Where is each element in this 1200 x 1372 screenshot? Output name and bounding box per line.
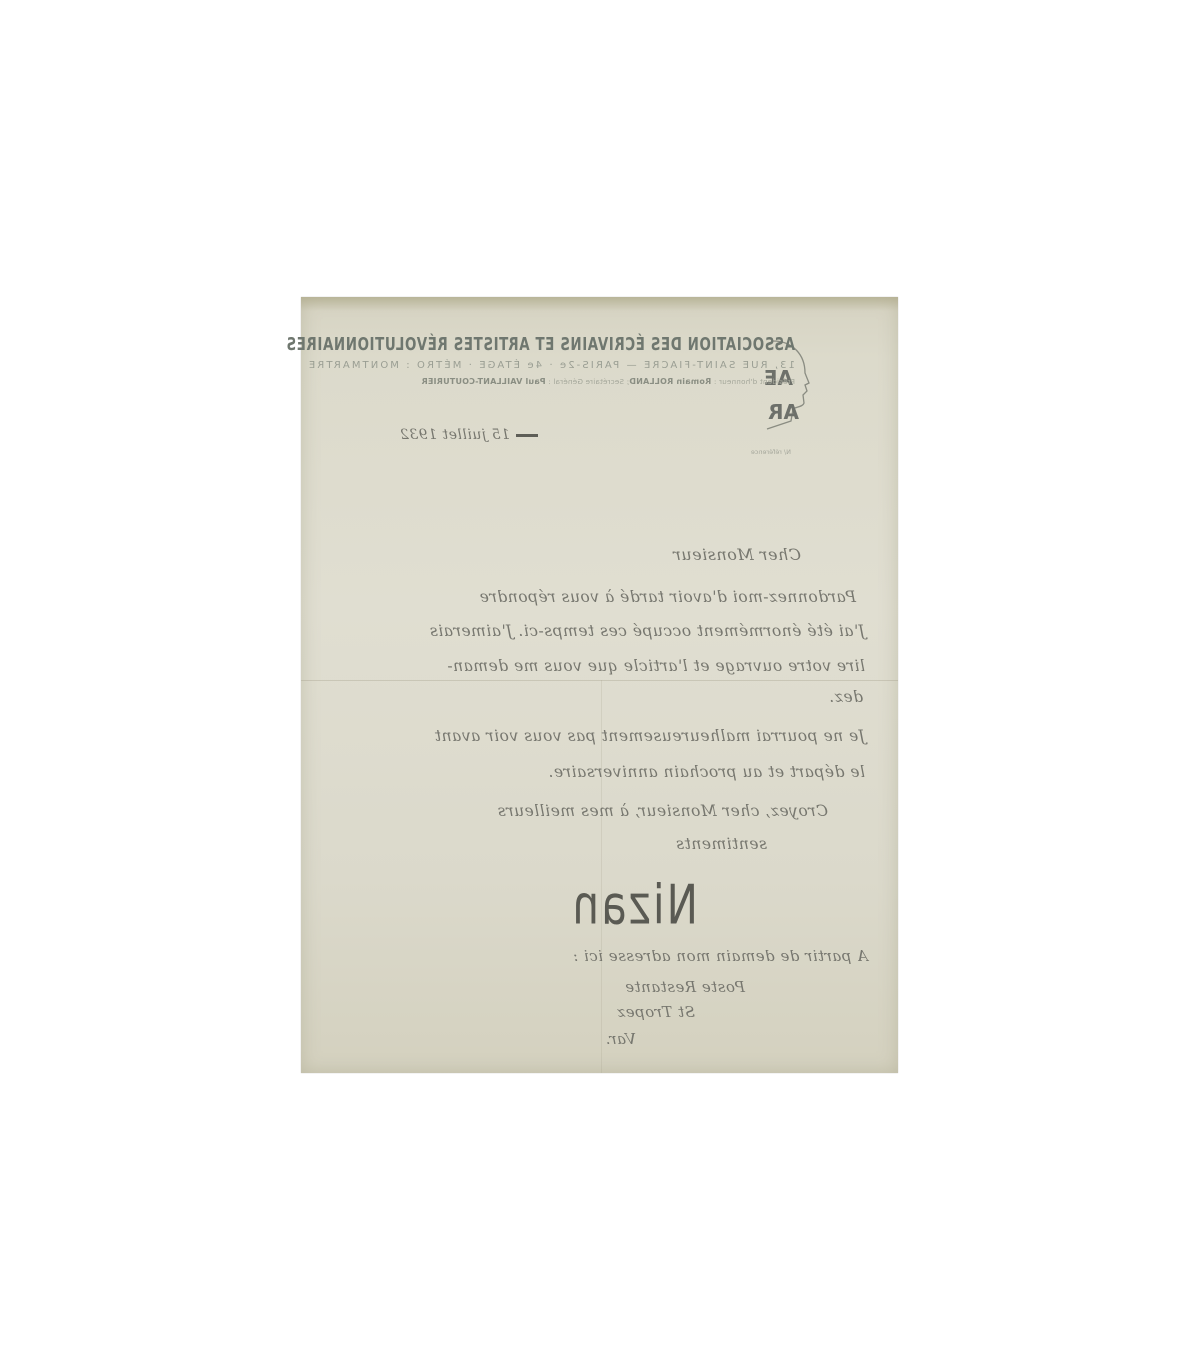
- body-line: Croyez, cher Monsieur, à mes meilleurs: [497, 802, 828, 820]
- signature: Nizan: [571, 873, 699, 937]
- secretary-label: ; Secrétaire Général :: [548, 377, 629, 386]
- president-name: Romain ROLLAND: [629, 377, 711, 386]
- postscript-line: St Tropez: [617, 1003, 695, 1021]
- postscript-line: Poste Restante: [625, 978, 745, 996]
- mirrored-content: AE AR N/ référence ASSOCIATION DES ÉCRIV…: [301, 297, 898, 1073]
- salutation: Cher Monsieur: [673, 545, 801, 564]
- body-line: Je ne pourrai malheureusement pas vous v…: [434, 727, 865, 745]
- dash-mark: [516, 434, 538, 437]
- body-line: dez.: [829, 688, 863, 706]
- letterhead-title: ASSOCIATION DES ÉCRIVAINS ET ARTISTES RÉ…: [286, 335, 795, 355]
- reference-label: N/ référence: [751, 448, 791, 456]
- letterhead-officers: Président d'honneur : Romain ROLLAND; Se…: [421, 377, 795, 386]
- letter-sheet: AE AR N/ référence ASSOCIATION DES ÉCRIV…: [301, 297, 898, 1073]
- postscript-line: A partir de demain mon adresse ici :: [573, 947, 868, 965]
- postscript-line: Var.: [605, 1030, 636, 1048]
- president-label: Président d'honneur :: [714, 377, 795, 386]
- body-line: lire votre ouvrage et l'article que vous…: [447, 657, 865, 675]
- body-line: le départ et au prochain anniversaire.: [548, 763, 865, 781]
- svg-text:AR: AR: [768, 400, 799, 424]
- body-line: J'ai été énormément occupé ces temps-ci.…: [429, 622, 865, 640]
- date-text: 15 juillet 1932: [399, 427, 510, 443]
- body-line: Pardonnez-moi d'avoir tardé à vous répon…: [479, 588, 856, 606]
- body-line: sentiments: [676, 835, 767, 853]
- letter-date: 15 juillet 1932: [399, 427, 538, 443]
- secretary-name: Paul VAILLANT-COUTURIER: [421, 377, 545, 386]
- letterhead-address: 13, RUE SAINT-FIACRE — PARIS-2e · 4e ÉTA…: [307, 360, 795, 371]
